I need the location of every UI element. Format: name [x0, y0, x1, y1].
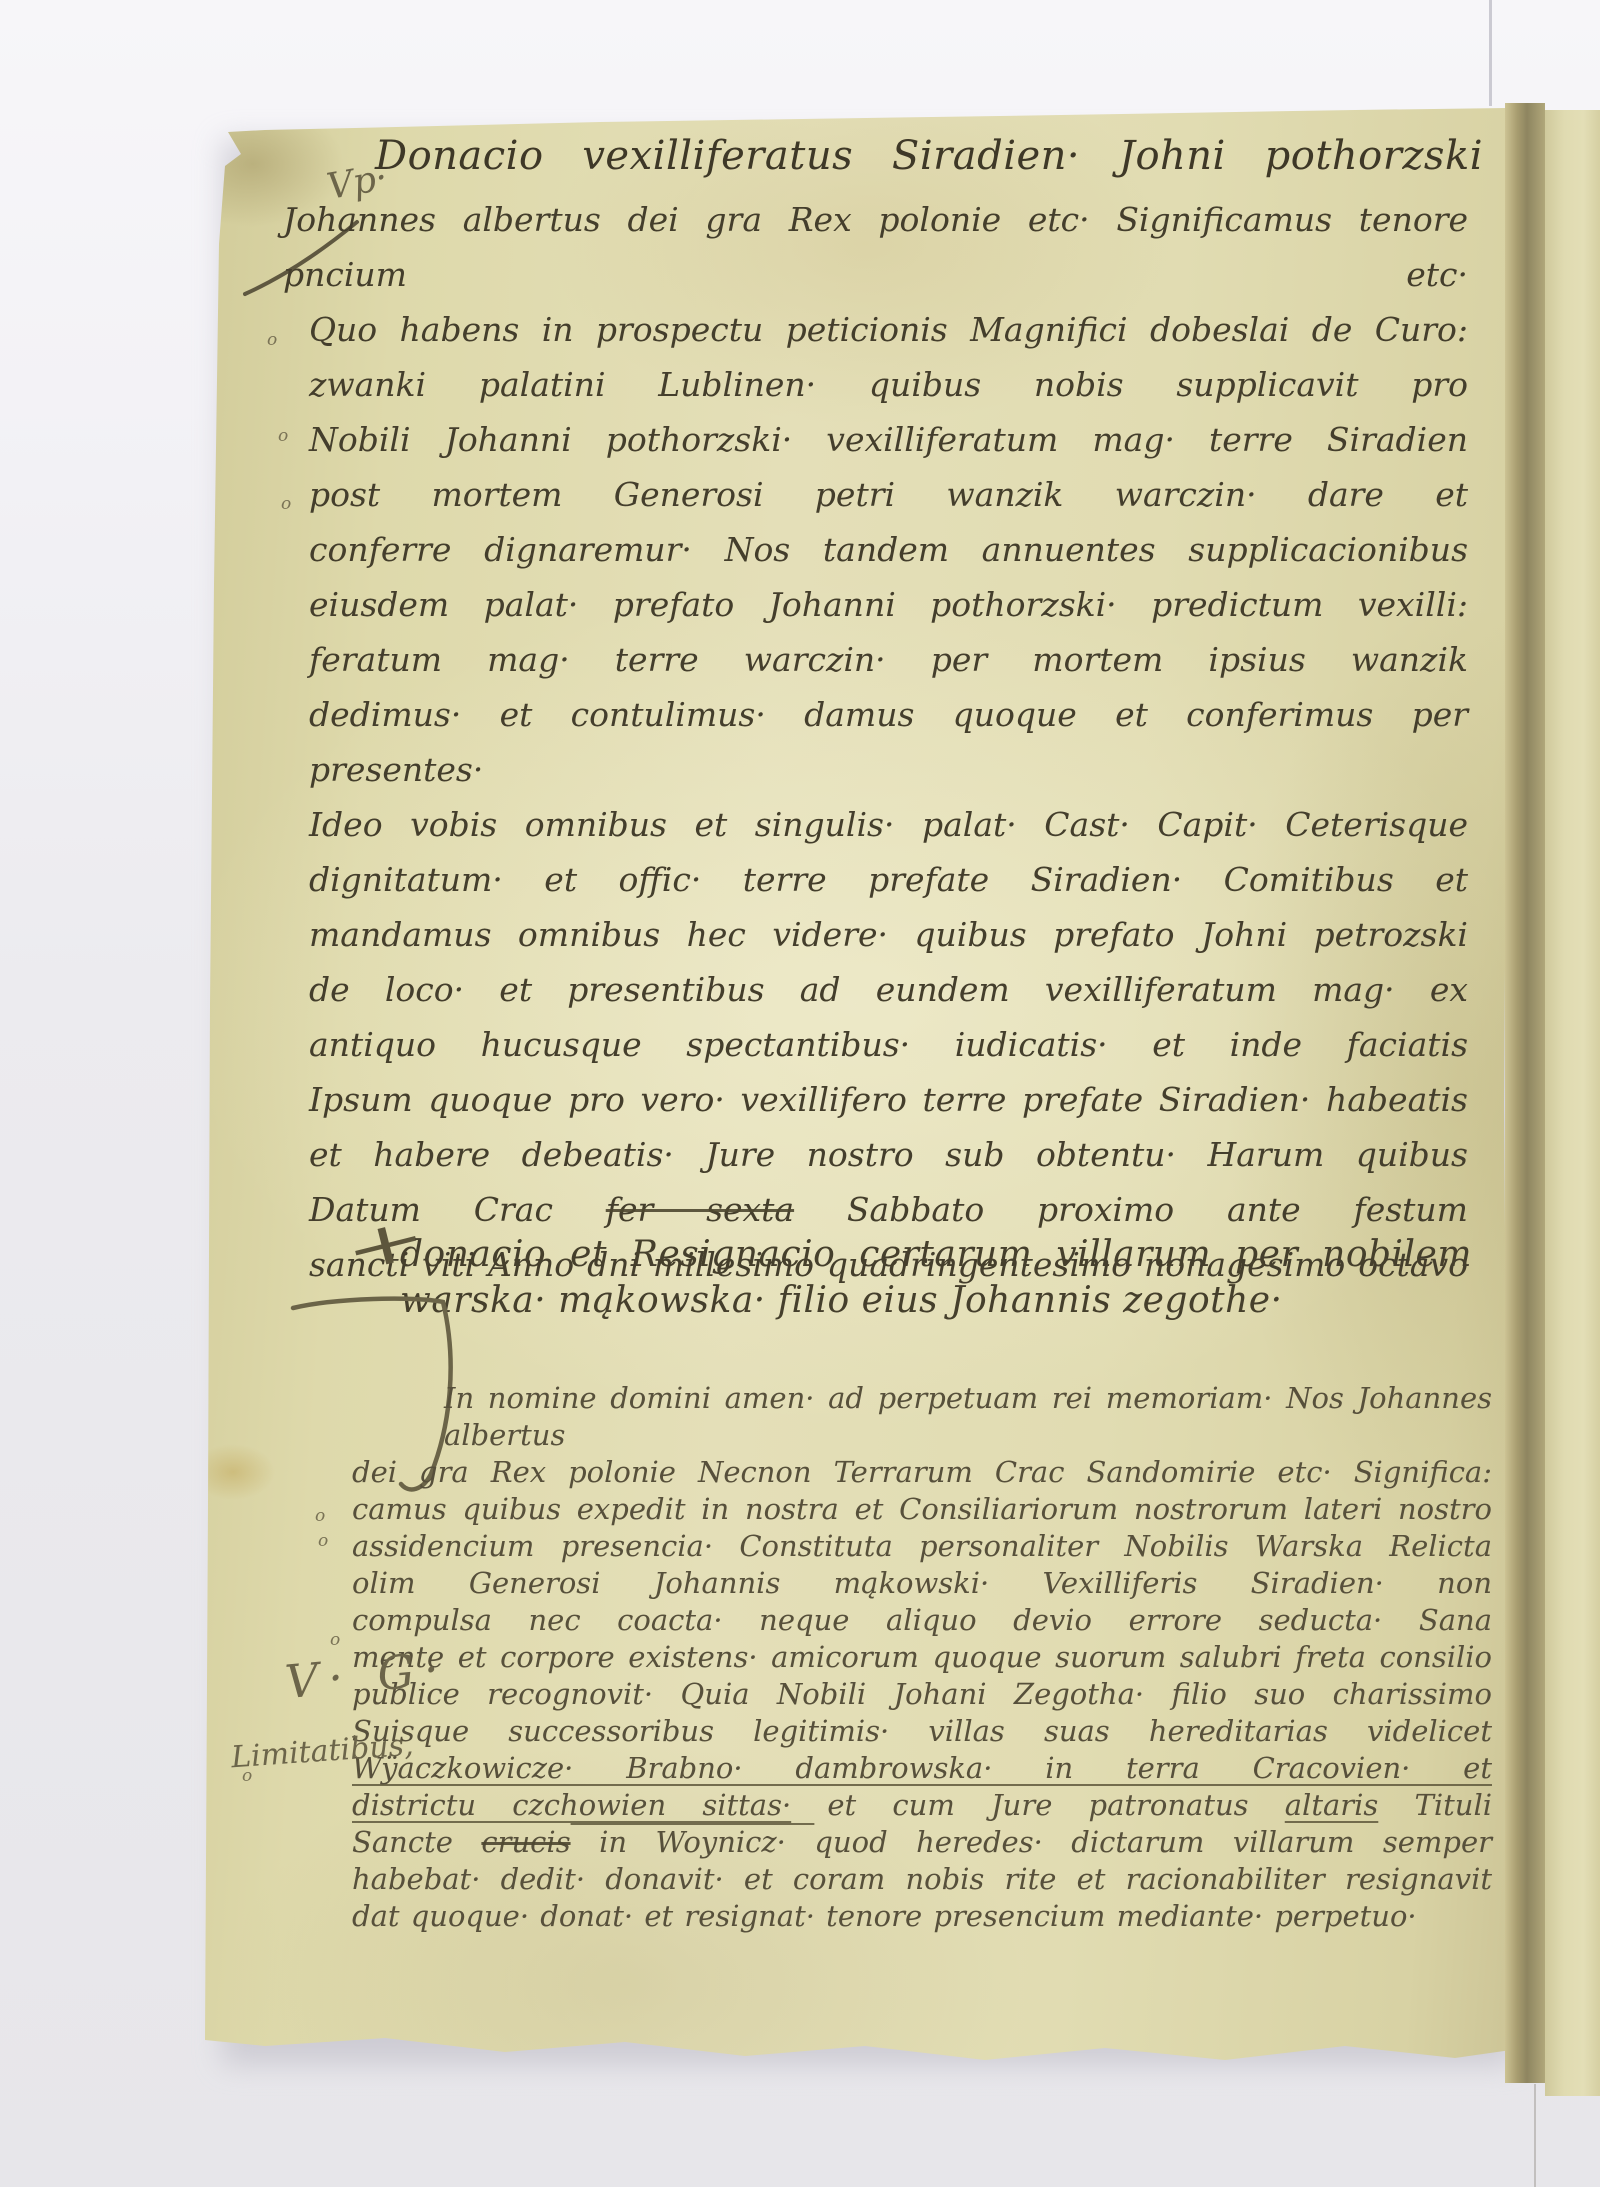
text-segment: dedimus· et contulimus· damus quoque et … — [309, 695, 1468, 789]
text-segment: dei gra Rex polonie Necnon Terrarum Crac… — [352, 1455, 1492, 1489]
text-segment: Wÿaczkowicze· Brabno· dambrowska· in ter… — [352, 1751, 1492, 1785]
text-segment: districtu czchowien sittas· — [352, 1788, 791, 1822]
text-line: Quo habens in prospectu peticionis Magni… — [283, 302, 1468, 357]
text-segment: Ipsum quoque pro vero· vexillifero terre… — [309, 1080, 1468, 1119]
text-segment: in Woynicz· — [571, 1825, 815, 1859]
text-line: mente et corpore existens· amicorum quoq… — [352, 1639, 1492, 1676]
text-segment: Quo habens in prospectu peticionis Magni… — [309, 310, 1468, 349]
text-line: Datum Crac fer sexta Sabbato proximo ant… — [283, 1182, 1468, 1237]
margin-o-mark: o — [267, 330, 277, 350]
text-line: camus quibus expedit in nostra et Consil… — [352, 1491, 1492, 1528]
text-segment: mandamus omnibus hec videre· quibus pref… — [309, 915, 1468, 954]
margin-o-mark: o — [278, 426, 288, 446]
text-segment: olim Generosi Johannis mąkowski· Vexilli… — [352, 1566, 1492, 1600]
page-gutter-shadow — [1505, 103, 1545, 2083]
text-line: dat quoque· donat· et resignat· tenore p… — [352, 1898, 1492, 1935]
text-line: assidencium presencia· Constituta person… — [352, 1528, 1492, 1565]
entry2-heading-line2: warska· mąkowska· filio eius Johannis ze… — [400, 1278, 1472, 1324]
text-line: Ipsum quoque pro vero· vexillifero terre… — [283, 1072, 1468, 1127]
text-segment: Ideo vobis omnibus et singulis· palat· C… — [309, 805, 1468, 844]
scanner-sheet-fold-line — [1489, 0, 1492, 106]
text-segment: Nobili Johanni pothorzski· vexilliferatu… — [309, 420, 1468, 459]
text-segment: compulsa nec coacta· neque aliquo devio … — [352, 1603, 1492, 1637]
text-line: Nobili Johanni pothorzski· vexilliferatu… — [283, 412, 1468, 467]
margin-o-mark: o — [315, 1506, 325, 1526]
text-segment: post mortem Generosi petri wanzik warczi… — [309, 475, 1468, 514]
entry2-heading-line1: donacio et Resignacio certarum villarum … — [400, 1232, 1472, 1278]
text-line: dedimus· et contulimus· damus quoque et … — [283, 687, 1468, 797]
text-line: Ideo vobis omnibus et singulis· palat· C… — [283, 797, 1468, 852]
text-line: post mortem Generosi petri wanzik warczi… — [283, 467, 1468, 522]
text-segment: altaris — [1285, 1788, 1379, 1822]
text-line: habebat· dedit· donavit· et coram nobis … — [352, 1861, 1492, 1898]
adjacent-page-edge — [1545, 110, 1600, 2096]
margin-o-mark: o — [318, 1531, 328, 1551]
text-segment: et habere debeatis· Jure nostro sub obte… — [309, 1135, 1468, 1174]
text-line: antiquo hucusque spectantibus· iudicatis… — [283, 1017, 1468, 1072]
text-line: de loco· et presentibus ad eundem vexill… — [283, 962, 1468, 1017]
text-segment: eiusdem palat· prefato Johanni pothorzsk… — [309, 585, 1468, 624]
text-line: zwanki palatini Lublinen· quibus nobis s… — [283, 357, 1468, 412]
text-segment: Tituli — [1378, 1788, 1492, 1822]
text-line: Suisque successoribus legitimis· villas … — [352, 1713, 1492, 1750]
text-line: districtu czchowien sittas· et cum Jure … — [352, 1787, 1492, 1824]
manuscript-page: Donacio vexilliferatus Siradien· Johni p… — [205, 104, 1517, 2066]
text-line: In nomine domini amen· ad perpetuam rei … — [352, 1380, 1492, 1454]
binding-edge-line — [1534, 2084, 1536, 2187]
text-segment: et cum Jure patronatus — [791, 1788, 1285, 1822]
text-segment: Sancte — [352, 1825, 481, 1859]
text-segment: quod heredes· dictarum villarum semper — [814, 1825, 1492, 1859]
entry2-heading: donacio et Resignacio certarum villarum … — [400, 1232, 1472, 1324]
text-line: feratum mag· terre warczin· per mortem i… — [283, 632, 1468, 687]
text-line: olim Generosi Johannis mąkowski· Vexilli… — [352, 1565, 1492, 1602]
entry2-paragraph: In nomine domini amen· ad perpetuam rei … — [352, 1380, 1492, 1935]
entry1-heading: Donacio vexilliferatus Siradien· Johni p… — [375, 126, 1483, 186]
text-line: publice recognovit· Quia Nobili Johani Z… — [352, 1676, 1492, 1713]
text-segment: crucis — [481, 1825, 570, 1859]
text-segment: fer sexta — [606, 1190, 794, 1229]
margin-o-mark: o — [242, 1766, 252, 1786]
text-segment: antiquo hucusque spectantibus· iudicatis… — [309, 1025, 1468, 1064]
text-segment: Suisque successoribus legitimis· villas … — [352, 1714, 1492, 1748]
margin-o-mark: o — [281, 494, 291, 514]
text-segment: mente et corpore existens· amicorum quoq… — [352, 1640, 1492, 1674]
text-segment: Johannes albertus dei gra Rex polonie et… — [283, 200, 1468, 294]
text-line: et habere debeatis· Jure nostro sub obte… — [283, 1127, 1468, 1182]
text-segment: camus quibus expedit in nostra et Consil… — [352, 1492, 1492, 1526]
text-line: dei gra Rex polonie Necnon Terrarum Crac… — [352, 1454, 1492, 1491]
text-segment: In nomine domini amen· ad perpetuam rei … — [444, 1381, 1492, 1452]
text-line: mandamus omnibus hec videre· quibus pref… — [283, 907, 1468, 962]
text-segment: assidencium presencia· Constituta person… — [352, 1529, 1492, 1563]
text-line: Johannes albertus dei gra Rex polonie et… — [283, 192, 1468, 302]
text-segment: de loco· et presentibus ad eundem vexill… — [309, 970, 1468, 1009]
text-segment: habebat· dedit· donavit· et coram nobis … — [352, 1862, 1492, 1896]
text-segment: feratum mag· terre warczin· per mortem i… — [309, 640, 1468, 679]
margin-o-mark: o — [330, 1630, 340, 1650]
text-segment: Sabbato proximo ante festum — [794, 1190, 1468, 1229]
text-line: Wÿaczkowicze· Brabno· dambrowska· in ter… — [352, 1750, 1492, 1787]
text-segment: dignitatum· et offic· terre prefate Sira… — [309, 860, 1468, 899]
entry1-paragraph: Johannes albertus dei gra Rex polonie et… — [283, 192, 1468, 1292]
text-line: compulsa nec coacta· neque aliquo devio … — [352, 1602, 1492, 1639]
text-segment: zwanki palatini Lublinen· quibus nobis s… — [309, 365, 1468, 404]
scanned-manuscript: Donacio vexilliferatus Siradien· Johni p… — [0, 0, 1600, 2187]
text-line: eiusdem palat· prefato Johanni pothorzsk… — [283, 577, 1468, 632]
text-line: conferre dignaremur· Nos tandem annuente… — [283, 522, 1468, 577]
text-segment: dat quoque· donat· et resignat· tenore p… — [352, 1899, 1417, 1933]
text-segment: conferre dignaremur· Nos tandem annuente… — [309, 530, 1468, 569]
text-segment: publice recognovit· Quia Nobili Johani Z… — [352, 1677, 1492, 1711]
text-line: dignitatum· et offic· terre prefate Sira… — [283, 852, 1468, 907]
text-line: Sancte crucis in Woynicz· quod heredes· … — [352, 1824, 1492, 1861]
